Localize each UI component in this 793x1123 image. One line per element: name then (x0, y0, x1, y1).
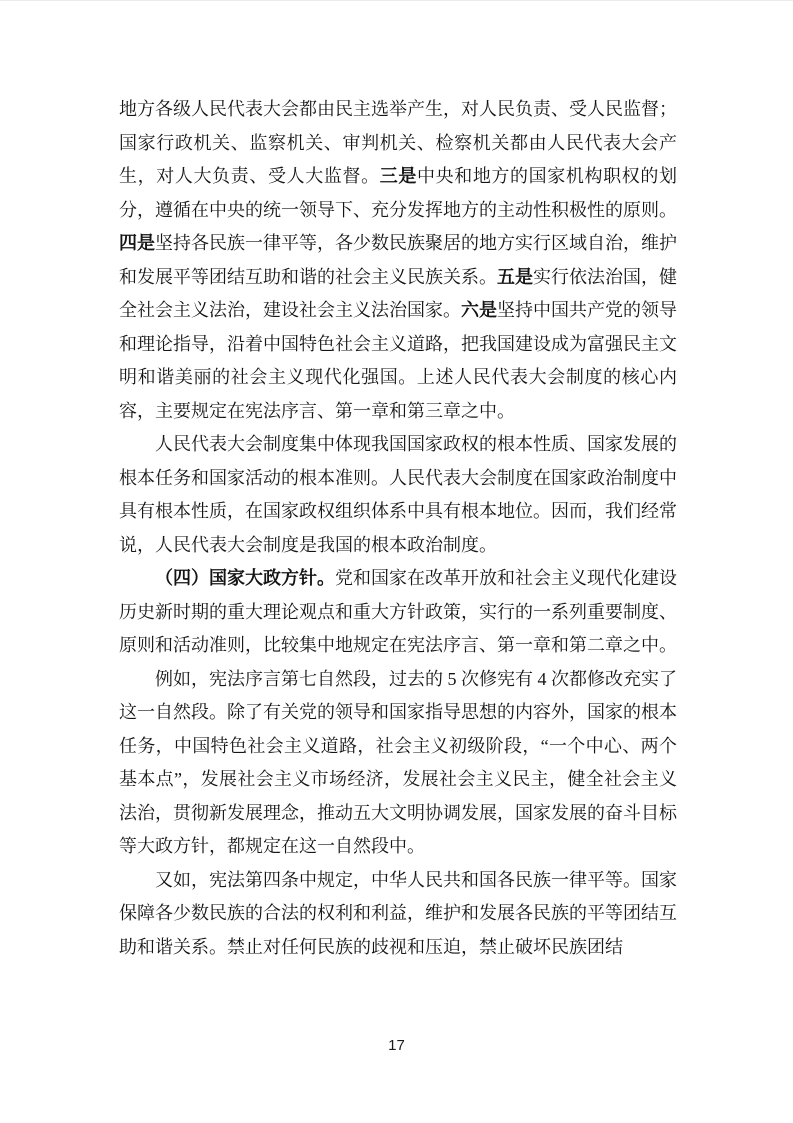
paragraph-state-policies: （四）国家大政方针。党和国家在改革开放和社会主义现代化建设历史新时期的重大理论观… (119, 562, 677, 663)
emphasis-fourth-point: 四是 (119, 233, 155, 253)
text-block: 地方各级人民代表大会都由民主选举产生，对人民负责、受人民监督；国家行政机关、监察… (119, 93, 677, 964)
text-segment: 又如，宪法第四条中规定，中华人民共和国各民族一律平等。国家保障各少数民族的合法的… (119, 870, 677, 957)
emphasis-sixth-point: 六是 (461, 300, 497, 320)
text-segment: 人民代表大会制度集中体现我国国家政权的根本性质、国家发展的根本任务和国家活动的根… (119, 434, 677, 555)
paragraph-example-preamble: 例如，宪法序言第七自然段，过去的 5 次修宪有 4 次都修改充实了这一自然段。除… (119, 663, 677, 864)
page-number: 17 (0, 1037, 793, 1054)
document-page: { "document": { "page_number": "17", "co… (0, 0, 793, 1123)
subheading-state-policies: （四）国家大政方针。 (155, 568, 335, 588)
paragraph-npc-system-summary: 人民代表大会制度集中体现我国国家政权的根本性质、国家发展的根本任务和国家活动的根… (119, 428, 677, 562)
text-segment: 例如，宪法序言第七自然段，过去的 5 次修宪有 4 次都修改充实了这一自然段。除… (119, 669, 677, 857)
emphasis-third-point: 三是 (380, 166, 417, 186)
emphasis-fifth-point: 五是 (497, 267, 533, 287)
paragraph-continued-npc-principles: 地方各级人民代表大会都由民主选举产生，对人民负责、受人民监督；国家行政机关、监察… (119, 93, 677, 428)
paragraph-example-article4: 又如，宪法第四条中规定，中华人民共和国各民族一律平等。国家保障各少数民族的合法的… (119, 864, 677, 965)
